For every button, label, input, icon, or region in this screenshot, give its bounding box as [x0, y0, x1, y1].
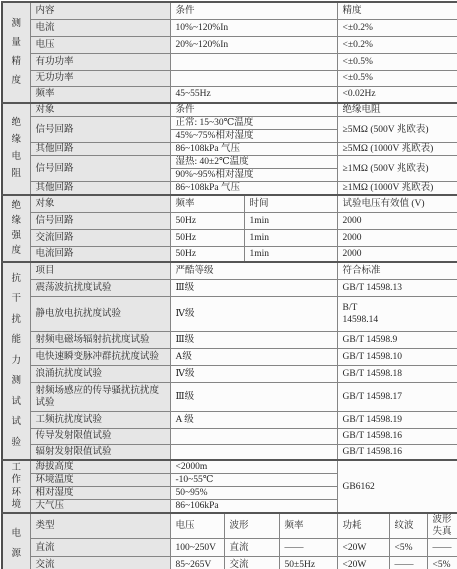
spec-name-cell: 电流 [30, 19, 170, 36]
spec-name-cell: 传导发射限值试验 [30, 428, 170, 444]
section-label: 电 源 [2, 513, 30, 569]
spec-value-cell: 45~55Hz [170, 86, 337, 103]
spec-value-cell: <±0.5% [337, 53, 457, 70]
spec-name-cell: 内容 [30, 2, 170, 19]
spec-value-cell: 波形 [224, 513, 279, 539]
spec-value-cell: 50Hz [170, 229, 244, 246]
spec-value-cell: —— [389, 557, 427, 569]
spec-value-cell: GB/T 14598.16 [337, 444, 457, 460]
spec-value-cell: 精度 [337, 2, 457, 19]
spec-name-cell: 静电放电抗扰度试验 [30, 296, 170, 331]
spec-value-cell: 电压 [170, 513, 224, 539]
spec-value-cell: ≥5MΩ (1000V 兆欧表) [337, 143, 457, 156]
spec-value-cell [170, 444, 337, 460]
section-label: 绝 缘 强 度 [2, 195, 30, 262]
spec-value-cell: 20%~120%In [170, 36, 337, 53]
spec-value-cell: 100~250V [170, 539, 224, 557]
spec-value-cell: GB/T 14598.17 [337, 382, 457, 411]
spec-name-cell: 其他回路 [30, 143, 170, 156]
spec-value-cell: <20W [337, 557, 389, 569]
section-label: 工 作 环 境 [2, 460, 30, 513]
spec-value-cell: 90%~95%相对湿度 [170, 169, 337, 182]
spec-value-cell: ≥5MΩ (500V 兆欧表) [337, 117, 457, 143]
spec-value-cell: 直流 [224, 539, 279, 557]
spec-value-cell [170, 428, 337, 444]
spec-value-cell: Ⅲ级 [170, 331, 337, 348]
spec-value-cell: 严酷等级 [170, 262, 337, 279]
spec-value-cell: GB6162 [337, 460, 457, 513]
spec-name-cell: 环境温度 [30, 474, 170, 487]
spec-name-cell: 震荡波抗扰度试验 [30, 279, 170, 296]
spec-value-cell: B/T 14598.14 [337, 296, 457, 331]
spec-value-cell: A级 [170, 348, 337, 365]
spec-value-cell: 频率 [170, 195, 244, 212]
spec-value-cell: 频率 [279, 513, 337, 539]
spec-value-cell: Ⅳ级 [170, 365, 337, 382]
spec-value-cell: 1min [244, 212, 337, 229]
spec-name-cell: 类型 [30, 513, 170, 539]
spec-name-cell: 有功功率 [30, 53, 170, 70]
spec-name-cell: 射频场感应的传导骚扰抗扰度试验 [30, 382, 170, 411]
spec-name-cell: 电流回路 [30, 246, 170, 262]
spec-value-cell: 50Hz [170, 246, 244, 262]
spec-value-cell: GB/T 14598.18 [337, 365, 457, 382]
spec-value-cell: 条件 [170, 2, 337, 19]
spec-value-cell: 86~108kPa 气压 [170, 182, 337, 196]
spec-value-cell: <±0.2% [337, 36, 457, 53]
spec-name-cell: 信号回路 [30, 212, 170, 229]
spec-value-cell: GB/T 14598.13 [337, 279, 457, 296]
spec-value-cell: -10~55℃ [170, 474, 337, 487]
spec-value-cell: 45%~75%相对湿度 [170, 130, 337, 143]
spec-value-cell: 85~265V [170, 557, 224, 569]
spec-value-cell: GB/T 14598.10 [337, 348, 457, 365]
spec-name-cell: 对象 [30, 103, 170, 117]
spec-value-cell: 正常: 15~30℃温度 [170, 117, 337, 130]
spec-name-cell: 其他回路 [30, 182, 170, 196]
spec-value-cell: <0.02Hz [337, 86, 457, 103]
spec-value-cell: 时间 [244, 195, 337, 212]
spec-value-cell: GB/T 14598.9 [337, 331, 457, 348]
spec-value-cell: <5% [389, 539, 427, 557]
spec-name-cell: 无功功率 [30, 70, 170, 86]
spec-name-cell: 电快速瞬变脉冲群抗扰度试验 [30, 348, 170, 365]
spec-value-cell: 功耗 [337, 513, 389, 539]
spec-value-cell: 2000 [337, 229, 457, 246]
spec-name-cell: 浪涌抗扰度试验 [30, 365, 170, 382]
spec-value-cell: 2000 [337, 246, 457, 262]
spec-name-cell: 直流 [30, 539, 170, 557]
spec-value-cell: A 级 [170, 411, 337, 428]
spec-name-cell: 电压 [30, 36, 170, 53]
spec-value-cell: <5% [427, 557, 457, 569]
spec-name-cell: 交流回路 [30, 229, 170, 246]
spec-value-cell: 1min [244, 246, 337, 262]
spec-value-cell: —— [279, 539, 337, 557]
spec-value-cell: 50~95% [170, 487, 337, 500]
spec-value-cell: <2000m [170, 460, 337, 474]
spec-value-cell: 2000 [337, 212, 457, 229]
spec-value-cell: GB/T 14598.19 [337, 411, 457, 428]
spec-value-cell: 符合标准 [337, 262, 457, 279]
spec-value-cell: ≥1MΩ (500V 兆欧表) [337, 156, 457, 182]
spec-value-cell: 绝缘电阻 [337, 103, 457, 117]
spec-name-cell: 交流 [30, 557, 170, 569]
spec-value-cell: Ⅲ级 [170, 382, 337, 411]
spec-name-cell: 项目 [30, 262, 170, 279]
spec-value-cell: <±0.5% [337, 70, 457, 86]
spec-value-cell: 湿热: 40±2℃温度 [170, 156, 337, 169]
spec-value-cell: —— [427, 539, 457, 557]
spec-value-cell: 10%~120%In [170, 19, 337, 36]
spec-value-cell: ≥1MΩ (1000V 兆欧表) [337, 182, 457, 196]
spec-value-cell: <20W [337, 539, 389, 557]
spec-value-cell: Ⅲ级 [170, 279, 337, 296]
spec-value-cell: Ⅳ级 [170, 296, 337, 331]
section-label: 绝 缘 电 阻 [2, 103, 30, 195]
spec-value-cell: 50±5Hz [279, 557, 337, 569]
spec-value-cell: 波形失真 [427, 513, 457, 539]
spec-value-cell [170, 53, 337, 70]
spec-value-cell: 试验电压有效值 (V) [337, 195, 457, 212]
spec-value-cell: 86~108kPa 气压 [170, 143, 337, 156]
spec-value-cell: 条件 [170, 103, 337, 117]
spec-value-cell: 50Hz [170, 212, 244, 229]
spec-name-cell: 对象 [30, 195, 170, 212]
spec-value-cell: <±0.2% [337, 19, 457, 36]
spec-name-cell: 相对湿度 [30, 487, 170, 500]
spec-value-cell: 1min [244, 229, 337, 246]
spec-name-cell: 信号回路 [30, 156, 170, 182]
spec-name-cell: 海拔高度 [30, 460, 170, 474]
spec-table: 测 量 精 度内容条件精度电流10%~120%In<±0.2%电压20%~120… [1, 1, 457, 569]
spec-value-cell: 交流 [224, 557, 279, 569]
spec-name-cell: 大气压 [30, 500, 170, 514]
spec-name-cell: 辐射发射限值试验 [30, 444, 170, 460]
spec-name-cell: 信号回路 [30, 117, 170, 143]
section-label: 抗 干 扰 能 力 测 试 试 验 [2, 262, 30, 460]
spec-document-page: 测 量 精 度内容条件精度电流10%~120%In<±0.2%电压20%~120… [0, 0, 457, 569]
section-label: 测 量 精 度 [2, 2, 30, 103]
spec-name-cell: 频率 [30, 86, 170, 103]
spec-value-cell: 纹波 [389, 513, 427, 539]
spec-value-cell: 86~106kPa [170, 500, 337, 514]
spec-name-cell: 工频抗扰度试验 [30, 411, 170, 428]
spec-value-cell [170, 70, 337, 86]
spec-value-cell: GB/T 14598.16 [337, 428, 457, 444]
spec-name-cell: 射频电磁场辐射抗扰度试验 [30, 331, 170, 348]
